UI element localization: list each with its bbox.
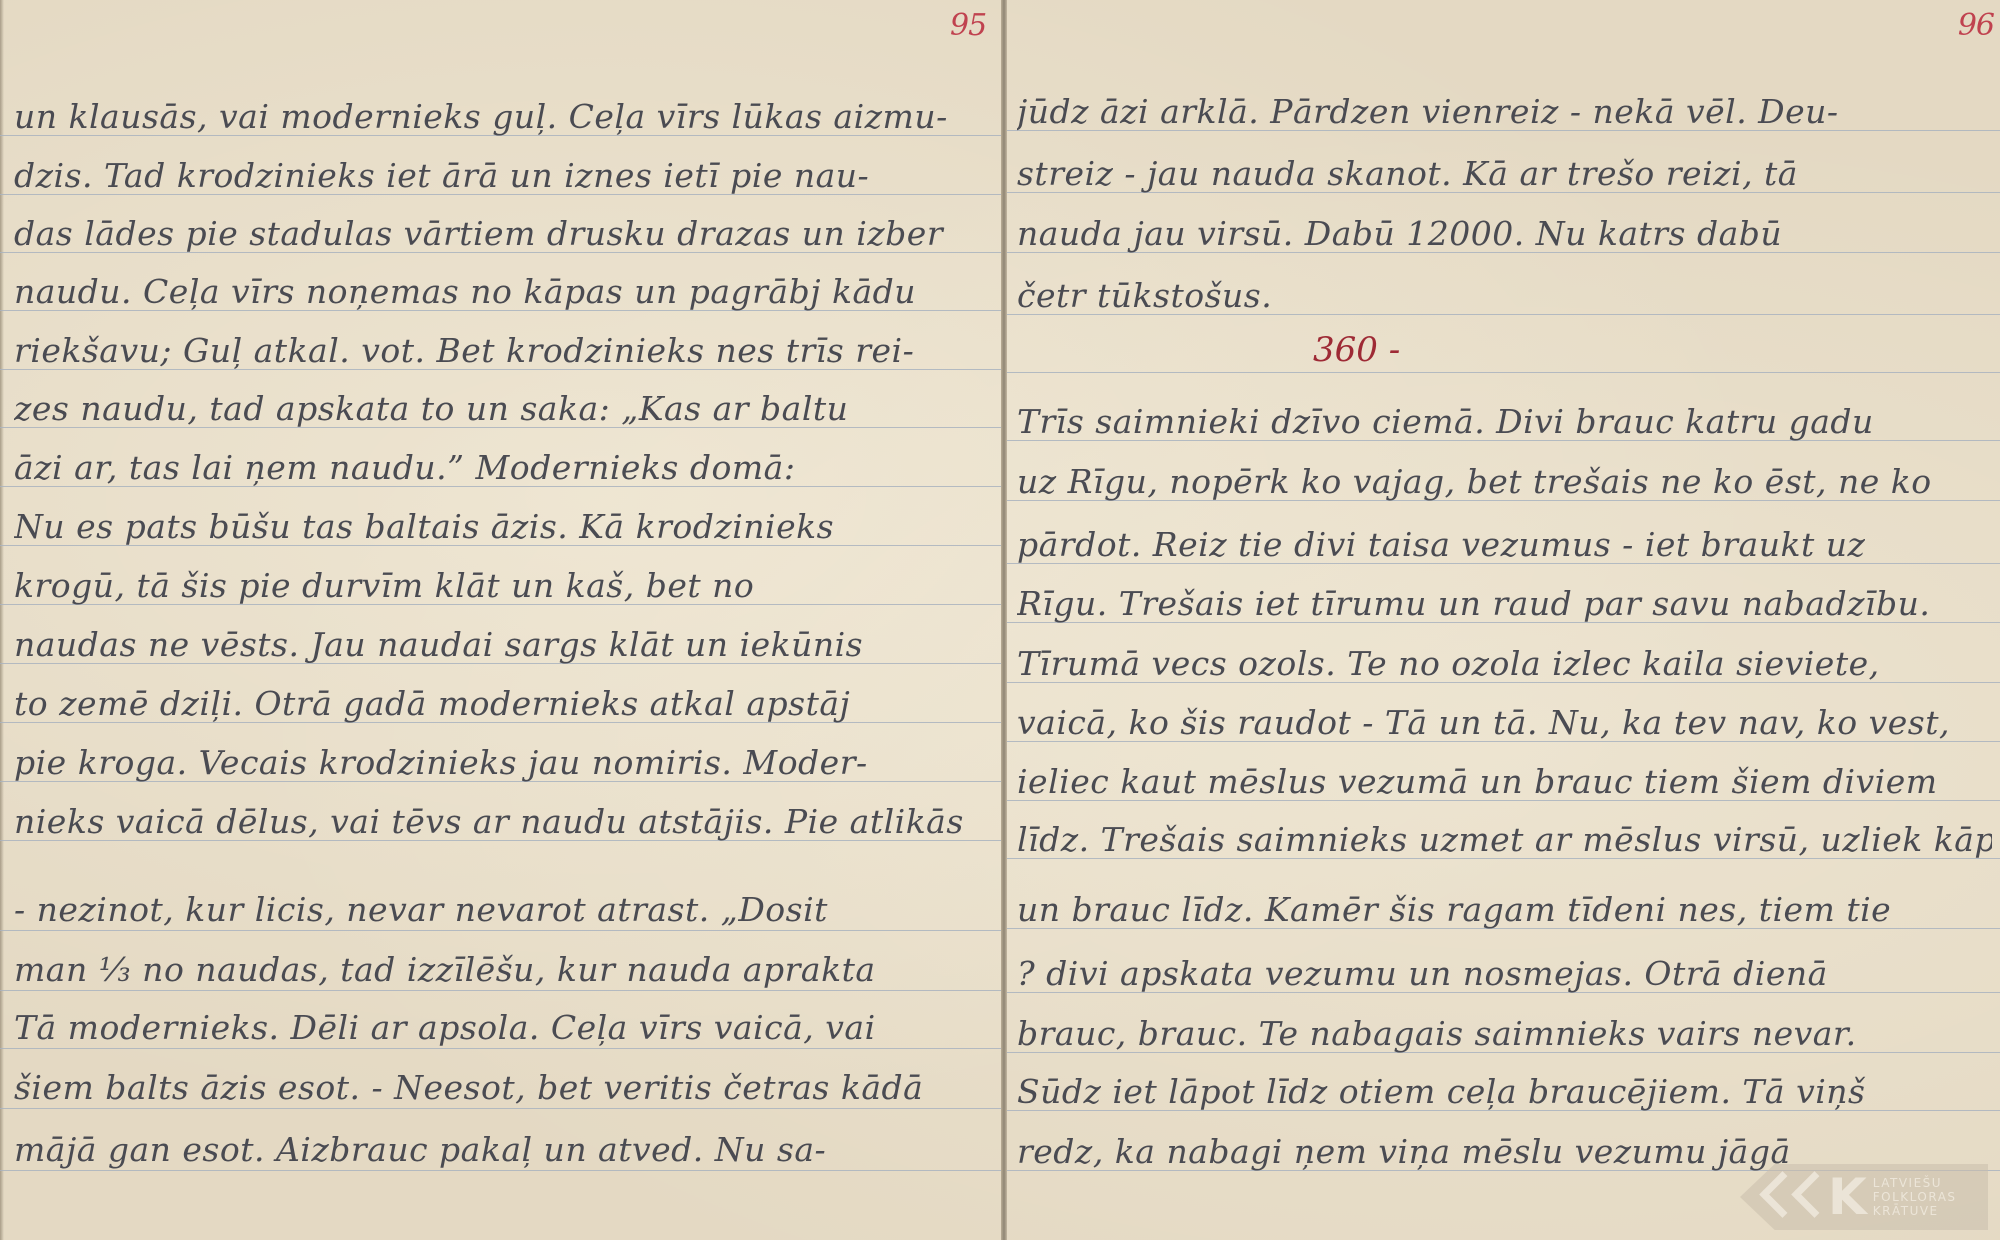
handwritten-line: naudas ne vēsts. Jau naudai sargs klāt u…	[14, 625, 995, 665]
handwritten-line: Trīs saimnieki dzīvo ciemā. Divi brauc k…	[1017, 402, 1992, 442]
handwritten-line: to zemē dziļi. Otrā gadā modernieks atka…	[14, 684, 995, 724]
handwritten-line: četr tūkstošus.	[1017, 276, 1992, 316]
right-page: 96 jūdz āzi arklā. Pārdzen vienreiz - ne…	[1007, 0, 2000, 1240]
archive-watermark-logo: K LATVIEŠU FOLKLORAS KRĀTUVE	[1740, 1164, 1988, 1230]
handwritten-line: mājā gan esot. Aizbrauc pakaļ un atved. …	[14, 1130, 995, 1170]
handwritten-line: āzi ar, tas lai ņem naudu.” Modernieks d…	[14, 448, 995, 488]
watermark-line: FOLKLORAS	[1873, 1190, 1957, 1204]
ruled-line	[0, 1108, 1003, 1109]
page-number-right: 96	[1958, 8, 1994, 43]
ruled-line	[0, 930, 1003, 931]
handwritten-line: pie kroga. Vecais krodzinieks jau nomiri…	[14, 743, 995, 783]
handwritten-line: Sūdz iet lāpot līdz otiem ceļa braucējie…	[1017, 1072, 1992, 1112]
handwritten-line: Rīgu. Trešais iet tīrumu un raud par sav…	[1017, 584, 1992, 624]
handwritten-line: riekšavu; Guļ atkal. vot. Bet krodziniek…	[14, 331, 995, 371]
handwritten-line: krogū, tā šis pie durvīm klāt un kaš, be…	[14, 566, 995, 606]
handwritten-line: uz Rīgu, nopērk ko vajag, bet trešais ne…	[1017, 462, 1992, 502]
handwritten-line: Tīrumā vecs ozols. Te no ozola izlec kai…	[1017, 644, 1992, 684]
handwritten-line: ? divi apskata vezumu un nosmejas. Otrā …	[1017, 954, 1992, 994]
story-number: 360 -	[1313, 330, 1400, 370]
watermark-text: LATVIEŠU FOLKLORAS KRĀTUVE	[1873, 1176, 1957, 1218]
handwritten-line: Nu es pats būšu tas baltais āzis. Kā kro…	[14, 507, 995, 547]
handwritten-line: un klausās, vai modernieks guļ. Ceļa vīr…	[14, 97, 995, 137]
handwritten-line: līdz. Trešais saimnieks uzmet ar mēslus …	[1017, 820, 1992, 860]
watermark-line: LATVIEŠU	[1873, 1176, 1957, 1190]
watermark-line: KRĀTUVE	[1873, 1204, 1957, 1218]
handwritten-line: zes naudu, tad apskata to un saka: „Kas …	[14, 389, 995, 429]
handwritten-line: pārdot. Reiz tie divi taisa vezumus - ie…	[1017, 525, 1992, 565]
handwritten-line: nieks vaicā dēlus, vai tēvs ar naudu ats…	[14, 802, 995, 842]
ruled-line	[0, 1170, 1003, 1171]
handwritten-line: das lādes pie stadulas vārtiem drusku dr…	[14, 214, 995, 254]
page-number-left: 95	[950, 8, 986, 43]
handwritten-line: naudu. Ceļa vīrs noņemas no kāpas un pag…	[14, 272, 995, 312]
handwritten-line: vaicā, ko šis raudot - Tā un tā. Nu, ka …	[1017, 703, 1992, 743]
ruled-line	[0, 990, 1003, 991]
handwritten-line: Tā modernieks. Dēli ar apsola. Ceļa vīrs…	[14, 1008, 995, 1048]
handwritten-line: un brauc līdz. Kamēr šis ragam tīdeni ne…	[1017, 890, 1992, 930]
handwritten-line: streiz - jau nauda skanot. Kā ar trešo r…	[1017, 154, 1992, 194]
handwritten-line: ieliec kaut mēslus vezumā un brauc tiem …	[1017, 762, 1992, 802]
left-page: 95 un klausās, vai modernieks guļ. Ceļa …	[0, 0, 1003, 1240]
chevron-logo-icon	[1740, 1164, 1850, 1230]
chevron-left-icon	[1791, 1171, 1838, 1218]
handwritten-line: - nezinot, kur licis, nevar nevarot atra…	[14, 890, 995, 930]
handwritten-line: jūdz āzi arklā. Pārdzen vienreiz - nekā …	[1017, 92, 1992, 132]
handwritten-line: man ⅓ no naudas, tad izzīlēšu, kur nauda…	[14, 950, 995, 990]
handwritten-line: šiem balts āzis esot. - Neesot, bet veri…	[14, 1068, 995, 1108]
notebook-spread: 95 un klausās, vai modernieks guļ. Ceļa …	[0, 0, 2000, 1240]
handwritten-line: dzis. Tad krodzinieks iet ārā un iznes i…	[14, 156, 995, 196]
handwritten-line: nauda jau virsū. Dabū 12000. Nu katrs da…	[1017, 214, 1992, 254]
ruled-line	[0, 1048, 1003, 1049]
handwritten-line: brauc, brauc. Te nabagais saimnieks vair…	[1017, 1014, 1992, 1054]
ruled-line	[1007, 372, 2000, 373]
